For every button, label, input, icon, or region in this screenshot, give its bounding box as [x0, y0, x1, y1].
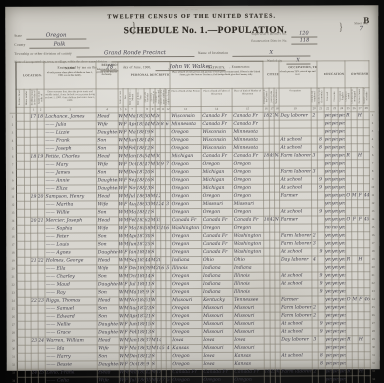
cell-relation: Head [97, 369, 119, 377]
line-number-text: 19 [371, 258, 374, 261]
cell-can-read: yes [324, 200, 331, 208]
cell-relation: Son [96, 233, 118, 241]
cell-age: 44 [144, 256, 150, 264]
cell-family-number [37, 201, 44, 209]
cell-family-number [37, 225, 44, 233]
cell-can-speak-english: yes [338, 224, 345, 232]
cell-birthplace-mother: Ohio [232, 256, 263, 264]
cell-relation: Son [96, 273, 118, 281]
cell-birthplace-father: Missouri [201, 200, 232, 208]
cell-can-speak-english: yes [338, 176, 345, 184]
cell-dwelling-number: 24 [31, 369, 38, 377]
cell-birthplace-father: Iowa [202, 336, 233, 344]
line-number-text: 7 [371, 162, 374, 165]
cell-attended-school: 9 [317, 208, 324, 216]
column-desc: Enter surname first, then the given name… [44, 89, 96, 107]
cell-attended-school [318, 304, 325, 312]
cell-name: —— Charley [44, 273, 96, 281]
cell-birthplace-person: Oregon [170, 168, 201, 176]
column-desc-text: Can speak English [339, 88, 344, 105]
cell-name: Warren, William [45, 337, 97, 345]
cell-can-speak-english: yes [338, 240, 345, 248]
cell-birthplace-father: Ohio [201, 256, 232, 264]
column-number-text: 11 [161, 108, 163, 111]
cell-attended-school: 9 [318, 272, 325, 280]
cell-birthplace-mother: Illinois [232, 280, 263, 288]
cell-marital-status: M [150, 160, 155, 168]
cell-street [17, 369, 25, 377]
cell-birth-month: May [128, 129, 136, 137]
group-header: OWNERSHIP OF HOME. [345, 61, 369, 88]
table-group-row: LOCATION.NAMEof each person whose place … [9, 61, 374, 89]
cell-street [16, 137, 24, 145]
column-desc-text: Naturalization [275, 89, 278, 106]
cell-dwelling-number [30, 161, 37, 169]
cell-birthplace-father: Iowa [202, 360, 233, 368]
cell-birthplace-mother: Oregon [232, 192, 263, 200]
cell-birthplace-person: Indiana [170, 256, 201, 264]
line-number-text: 22 [371, 282, 374, 285]
cell-street [16, 241, 24, 249]
cell-attended-school [318, 368, 325, 376]
cell-can-speak-english: yes [339, 272, 346, 280]
cell-birthplace-father: Indiana [202, 288, 233, 296]
cell-sex: M [123, 217, 128, 225]
group-header: EDUCATION. [317, 61, 345, 88]
column-desc-text: Owned or rented [345, 88, 350, 105]
cell-years-married: 18 [156, 376, 161, 383]
column-desc: Place of birth of Father of this person [201, 88, 232, 106]
cell-birthplace-mother: Oregon [232, 160, 263, 168]
cell-can-write: yes [331, 136, 338, 144]
cell-name: —— Ella [44, 265, 96, 273]
cell-line-number-right: 1 [369, 111, 375, 119]
cell-line-number-right: 2 [369, 119, 375, 127]
line-number-text: 15 [11, 228, 14, 231]
cell-marital-status: M [150, 192, 155, 200]
cell-age: 51 [144, 296, 150, 304]
cell-age: 14 [144, 136, 150, 144]
cell-birthplace-person: Oregon [171, 288, 202, 296]
cell-attended-school [317, 192, 324, 200]
cell-age: 19 [144, 128, 150, 136]
cell-birthplace-person: Oregon [171, 360, 202, 368]
cell-years-married: 18 [156, 368, 161, 376]
cell-can-speak-english: yes [338, 200, 345, 208]
cell-birthplace-father: Wisconsin [201, 136, 232, 144]
column-number-text: 10 [156, 108, 158, 111]
cell-birthplace-person: Oregon [170, 272, 201, 280]
cell-birth-month: Dec [128, 169, 136, 177]
cell-sex: M [123, 169, 128, 177]
column-number-text: 4 [100, 108, 113, 111]
cell-can-read: yes [325, 344, 332, 352]
cell-birth-year: 1885 [136, 272, 144, 280]
cell-birthplace-person: Oregon [171, 352, 202, 360]
cell-can-write: yes [331, 176, 338, 184]
cell-name: —— Ida [45, 345, 97, 353]
cell-attended-school [317, 152, 324, 160]
cell-can-write: yes [331, 184, 338, 192]
cell-birth-month: Jul [128, 193, 136, 201]
cell-can-write: yes [331, 248, 338, 256]
cell-can-read: yes [324, 128, 331, 136]
cell-marital-status: M [151, 336, 156, 344]
cell-birthplace-father: Kentucky [202, 296, 233, 304]
cell-dwelling-number: 22 [30, 297, 37, 305]
cell-occupation: Farmer [279, 216, 311, 224]
cell-can-write: yes [331, 232, 338, 240]
group-header: RELATION.Relationship of each person to … [95, 62, 117, 89]
cell-birth-year: 1852 [136, 160, 144, 168]
cell-birth-year: 1885 [136, 136, 144, 144]
cell-birth-year: 1868 [137, 344, 145, 352]
cell-birth-year: 1888 [136, 280, 144, 288]
cell-age: 18 [144, 248, 150, 256]
cell-attended-school [318, 344, 325, 352]
cell-dwelling-number [30, 129, 37, 137]
cell-name: —— Maud [44, 281, 96, 289]
cell-relation: Daughter [96, 281, 118, 289]
cell-age: 58 [144, 224, 150, 232]
line-number-text: 33 [12, 372, 15, 375]
cell-age: 11 [144, 208, 150, 216]
cell-attended-school [317, 128, 324, 136]
cell-occupation: Day laborer [280, 336, 312, 344]
cell-birthplace-father: Canada Fr [201, 240, 232, 248]
census-row: 34—— CeliaWifeWFJul186435M1875OregonOreg… [11, 375, 376, 383]
cell-birthplace-person: Oregon [170, 136, 201, 144]
cell-occupation [280, 376, 312, 383]
cell-sex: M [123, 209, 128, 217]
cell-sex: M [123, 145, 128, 153]
line-number-text: 3 [11, 132, 14, 135]
cell-can-write: yes [332, 360, 339, 368]
cell-can-speak-english: yes [339, 328, 346, 336]
group-label: RELATION. [101, 64, 112, 67]
cell-color-race: W [118, 225, 123, 233]
cell-birthplace-father: Oregon [201, 224, 232, 232]
cell-occupation [279, 128, 311, 136]
cell-birth-month: Feb [128, 145, 136, 153]
cell-can-read: yes [325, 296, 332, 304]
cell-birth-month: Sep [128, 257, 136, 265]
cell-name: Petite, Charles [44, 153, 96, 161]
cell-occupation: Farm laborer [280, 304, 312, 312]
cell-can-write: yes [331, 120, 338, 128]
cell-birthplace-person: Oregon [171, 312, 202, 320]
cell-years-married: 12 [155, 200, 160, 208]
cell-relation: Head [96, 153, 118, 161]
column-desc: Place of birth of this Person [170, 88, 201, 106]
cell-can-write: yes [332, 296, 339, 304]
cell-birth-year: 1855 [136, 256, 144, 264]
cell-birthplace-father: Canada Fr [202, 368, 233, 376]
cell-birthplace-person: Oregon [170, 160, 201, 168]
column-number-text: 18 [275, 107, 277, 110]
cell-street [16, 225, 24, 233]
cell-attended-school [318, 336, 325, 344]
line-number-text: 5 [371, 146, 374, 149]
cell-dwelling-number [30, 145, 37, 153]
cell-dwelling-number [31, 305, 38, 313]
census-sheet: — —— TWELFTH CENSUS OF THE UNITED STATES… [5, 5, 380, 371]
cell-relation: Head [96, 113, 118, 121]
cell-name: —— Mary [44, 161, 96, 169]
cell-can-read: yes [324, 240, 331, 248]
cell-sex: M [123, 257, 128, 265]
cell-attended-school [317, 256, 324, 264]
cell-birthplace-father: Canada Fr [201, 216, 232, 224]
cell-can-write: yes [332, 312, 339, 320]
cell-dwelling-number [30, 225, 37, 233]
cell-age: 39 [144, 264, 150, 272]
cell-name: Mercier, Joseph [44, 217, 96, 225]
column-desc: Number of dwelling house in the order of… [30, 89, 37, 107]
cell-relation: Son [96, 137, 118, 145]
cell-can-read: yes [324, 176, 331, 184]
line-number-text: 22 [12, 284, 15, 287]
cell-line-number-right: 13 [369, 207, 375, 215]
cell-age: 47 [144, 160, 150, 168]
cell-can-speak-english: yes [338, 152, 345, 160]
cell-birth-month: May [128, 209, 136, 217]
cell-age: 11 [144, 280, 150, 288]
line-number-text: 27 [12, 324, 15, 327]
cell-naturalization: Na [274, 112, 279, 120]
cell-street [17, 321, 25, 329]
cell-color-race: W [119, 353, 124, 361]
cell-birthplace-mother: Missouri [233, 328, 264, 336]
cell-can-read: yes [325, 304, 332, 312]
sheet-value: 7 [347, 25, 375, 32]
cell-name: —— Nellie [45, 321, 97, 329]
cell-can-speak-english: yes [339, 368, 346, 376]
cell-birth-month: Oct [129, 361, 137, 369]
cell-birthplace-mother: Canada Fr [232, 120, 263, 128]
cell-color-race: W [118, 185, 123, 193]
cell-can-speak-english: yes [339, 280, 346, 288]
cell-relation: Son [96, 289, 118, 297]
cell-naturalization: Na [275, 368, 280, 376]
cell-years-married: 14 [156, 344, 161, 352]
cell-color-race: W [118, 177, 123, 185]
cell-can-read: yes [324, 232, 331, 240]
cell-line-number-right: 18 [369, 247, 375, 255]
cell-birth-year: 1858 [137, 368, 145, 376]
cell-line-number-right: 21 [370, 271, 376, 279]
line-number-text: 1 [370, 114, 373, 117]
cell-birth-year: 1870 [136, 232, 144, 240]
cell-family-number [37, 129, 44, 137]
cell-can-speak-english: yes [338, 232, 345, 240]
cell-name: —— Agnes [44, 249, 96, 257]
cell-street [16, 257, 24, 265]
cell-family-number [37, 249, 44, 257]
cell-birthplace-mother: Missouri [232, 200, 263, 208]
line-number-text: 28 [371, 330, 374, 333]
cell-dwelling-number: 18 [30, 153, 37, 161]
cell-relation: Daughter [97, 321, 119, 329]
cell-birth-month: Jun [129, 321, 137, 329]
cell-can-speak-english: yes [338, 248, 345, 256]
line-number-text: 11 [11, 196, 14, 199]
column-desc-text: Owned free or mortgaged [351, 88, 356, 105]
cell-family-number: 23 [37, 297, 44, 305]
line-number-text: 3 [371, 130, 374, 133]
cell-can-write: yes [331, 240, 338, 248]
cell-street [17, 377, 25, 383]
cell-can-read: yes [324, 112, 331, 120]
cell-line-number-right: 17 [369, 239, 375, 247]
line-number-text: 23 [12, 292, 15, 295]
cell-immigration-year: 1873 [263, 112, 269, 120]
cell-line-number-right: 33 [370, 367, 376, 375]
cell-years-married: 30 [155, 152, 160, 160]
cell-family-number [38, 377, 45, 383]
cell-birth-month: Nov [128, 297, 136, 305]
cell-line-number-right: 20 [370, 263, 376, 271]
cell-street [17, 313, 25, 321]
cell-years-married: 26 [155, 120, 160, 128]
cell-birth-year: 1887 [137, 352, 145, 360]
cell-street [16, 265, 24, 273]
cell-street [17, 353, 25, 361]
census-table-body: 11718Lachance, JamesHeadWMMar185050M26Wi… [10, 111, 376, 383]
cell-attended-school: 8 [318, 360, 325, 368]
cell-family-number [37, 273, 44, 281]
column-number-text: 28 [364, 107, 367, 110]
table-desc-row: In cities: StreetHouse numberNumber of d… [10, 87, 375, 107]
cell-birthplace-mother: Missouri [233, 344, 264, 352]
cell-birthplace-person: Oregon [170, 128, 201, 136]
cell-line-number-right: 32 [370, 359, 376, 367]
cell-color-race: W [118, 129, 123, 137]
cell-birthplace-person: Oregon [171, 328, 202, 336]
cell-birthplace-father: Indiana [201, 280, 232, 288]
line-number-text: 4 [11, 140, 14, 143]
cell-can-read: yes [324, 264, 331, 272]
cell-relation: Wife [96, 201, 118, 209]
cell-line-number-right: 30 [370, 343, 376, 351]
cell-relation: Daughter [96, 129, 118, 137]
cell-street [17, 329, 25, 337]
cell-birth-month: Jan [129, 337, 137, 345]
cell-can-read: yes [325, 320, 332, 328]
cell-street [16, 217, 24, 225]
cell-can-write: yes [331, 128, 338, 136]
cell-can-read: yes [324, 208, 331, 216]
cell-can-read: no [324, 224, 331, 232]
cell-birthplace-father: Canada Fr [201, 248, 232, 256]
column-desc: Can speak English [338, 88, 345, 106]
column-number-text: 21 [318, 107, 322, 110]
group-note: of each person TEN years of age and over… [279, 71, 316, 76]
cell-can-speak-english: yes [339, 360, 346, 368]
line-number-text: 17 [371, 242, 374, 245]
cell-birthplace-person: Washington [170, 224, 201, 232]
cell-birthplace-person: Michigan [170, 152, 201, 160]
column-number-text: 2 [38, 108, 42, 111]
cell-attended-school: 9 [318, 288, 325, 296]
line-number-text: 11 [371, 194, 374, 197]
line-number-text: 10 [371, 186, 374, 189]
line-number-text: 31 [12, 356, 15, 359]
cell-can-write: yes [332, 336, 339, 344]
cell-line-number-right: 4 [369, 135, 375, 143]
cell-line-number-right: 26 [370, 311, 376, 319]
cell-birthplace-person: Oregon [170, 144, 201, 152]
column-desc-text: In cities: Street [18, 90, 21, 107]
cell-relation: Son [96, 209, 118, 217]
cell-immigration-year: 1851 [263, 152, 269, 160]
cell-name: —— Joseph [44, 145, 96, 153]
cell-family-number [37, 209, 44, 217]
column-number-text: 16 [264, 107, 267, 110]
cell-name: —— Sophia [44, 225, 96, 233]
cell-marital-status: M [150, 120, 155, 128]
line-number-text: 7 [11, 164, 14, 167]
cell-age: 14 [144, 272, 150, 280]
cell-can-write: yes [332, 352, 339, 360]
cell-birthplace-mother: Minnesota [232, 128, 263, 136]
cell-relation: Head [96, 217, 118, 225]
cell-birthplace-person: Oregon [170, 232, 201, 240]
cell-name: —— Martha [44, 201, 96, 209]
cell-color-race: W [118, 249, 123, 257]
cell-street [16, 113, 24, 121]
line-number-text: 29 [12, 340, 15, 343]
cell-birth-month: Jan [128, 153, 136, 161]
cell-years-married: 20 [155, 256, 160, 264]
cell-can-speak-english: yes [338, 160, 345, 168]
cell-family-number [37, 289, 44, 297]
column-desc-text: Occupation [279, 89, 310, 92]
cell-street [17, 345, 25, 353]
cell-occupation [280, 360, 312, 368]
cell-name: —— Willie [44, 209, 96, 217]
cell-attended-school [318, 296, 325, 304]
cell-birthplace-father: Canada Fr [201, 120, 232, 128]
cell-birthplace-mother: Iowa [233, 336, 264, 344]
cell-street [17, 305, 25, 313]
column-desc-text: Color or race [119, 89, 122, 106]
cell-immigration-year: 1858 [263, 216, 269, 224]
cell-line-number-right: 27 [370, 319, 376, 327]
cell-color-race: W [118, 145, 123, 153]
cell-birth-month: Mar [129, 345, 137, 353]
cell-dwelling-number [31, 321, 38, 329]
line-number-text: 23 [371, 290, 374, 293]
cell-birth-year: 1846 [136, 152, 144, 160]
cell-relation: Son [97, 313, 119, 321]
cell-line-number-right: 7 [369, 159, 375, 167]
cell-birth-month: Nov [128, 185, 136, 193]
cell-family-number [38, 345, 45, 353]
cell-can-speak-english: yes [339, 352, 346, 360]
cell-relation: Daughter [96, 185, 118, 193]
cell-birthplace-mother: Illinois [233, 288, 264, 296]
group-label: OCCUPATION, TRADE, OR PROFESSION [288, 66, 307, 69]
cell-years-in-us: 49 [269, 152, 274, 160]
line-number-text: 1 [11, 116, 14, 119]
cell-family-number: 25 [38, 369, 45, 377]
cell-family-number: 24 [38, 337, 45, 345]
line-number-text: 18 [371, 250, 374, 253]
cell-family-number: 20 [37, 193, 44, 201]
cell-occupation [279, 200, 311, 208]
cell-can-read: yes [324, 168, 331, 176]
